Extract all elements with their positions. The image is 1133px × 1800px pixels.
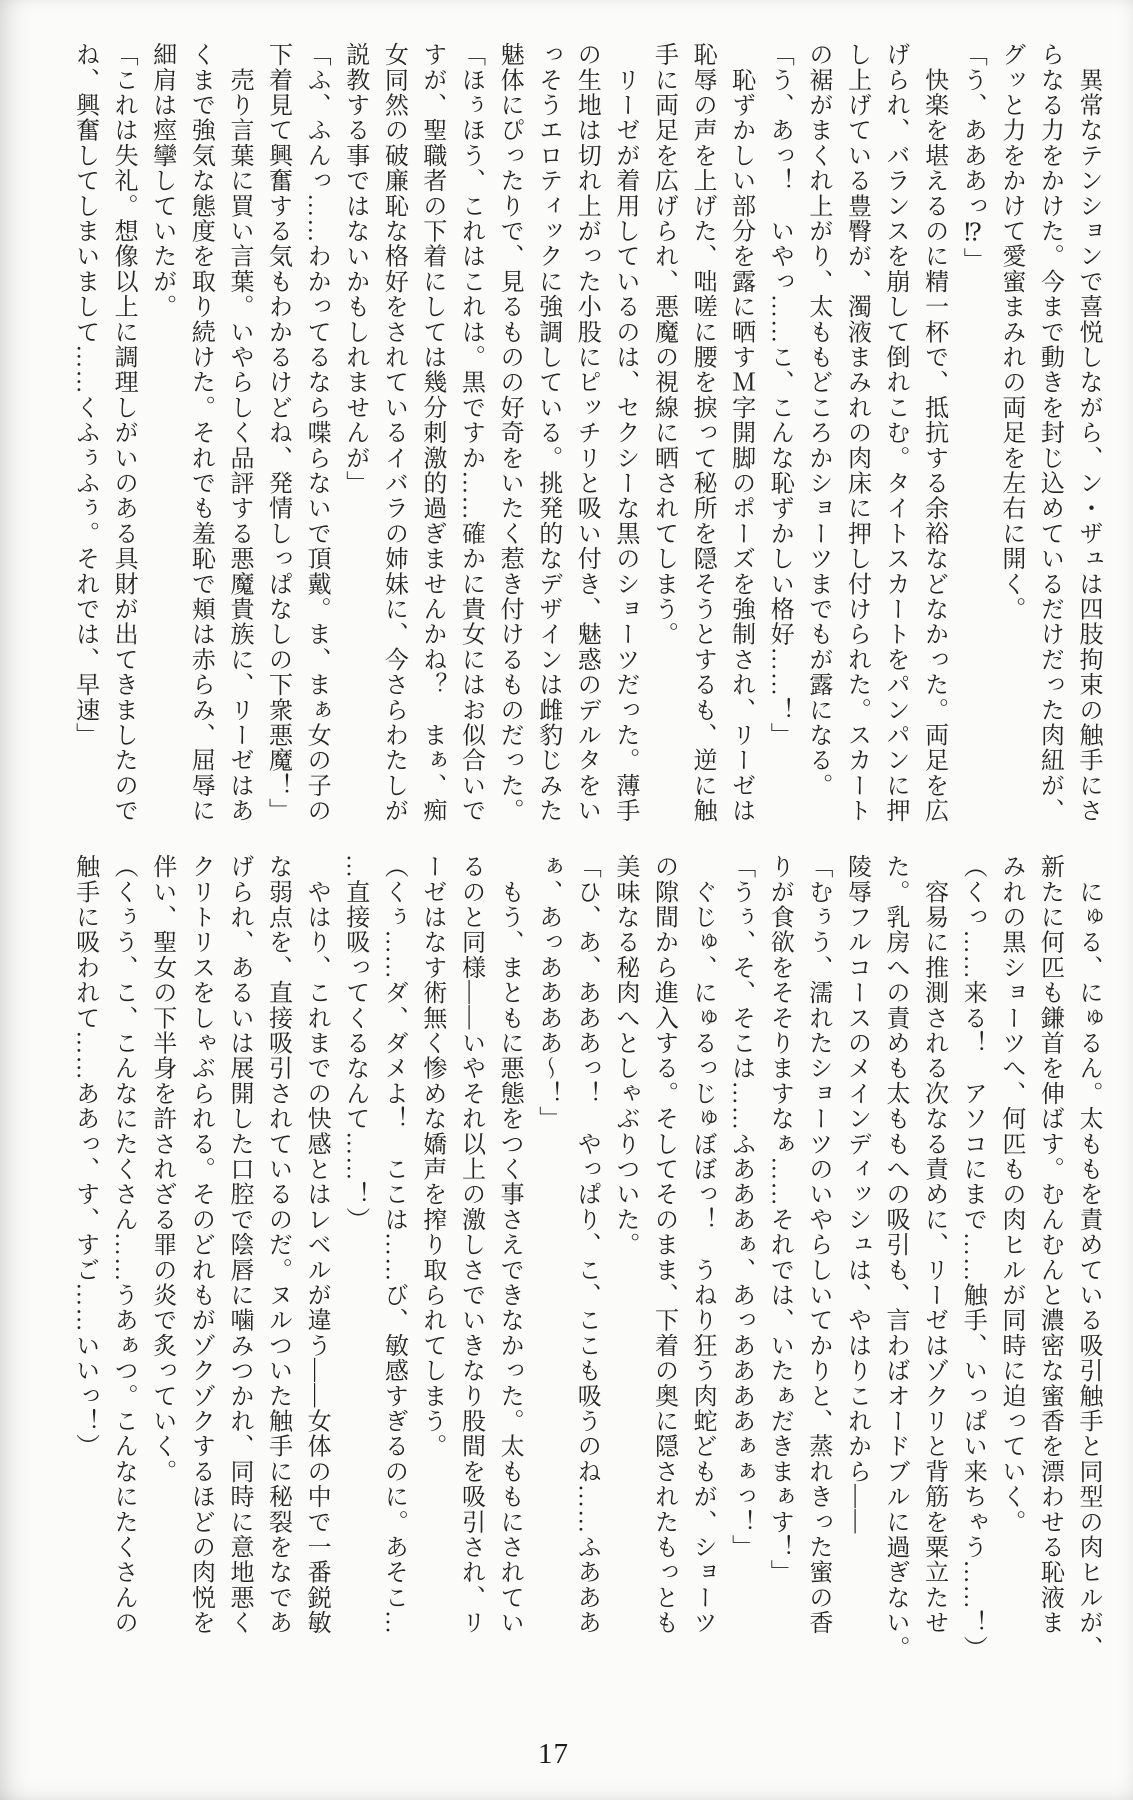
text-column: 「ほぅほう、これはこれは。黒ですか……確かに貴女にはお似合いで [451, 42, 490, 842]
text-column: クリトリスをしゃぶられる。そのどれもがゾクゾクするほどの肉悦を [181, 854, 220, 1676]
text-column: 「う、あっ！ いやっ……こ、こんな恥ずかしい格好……！」 [760, 42, 799, 842]
text-column: ーゼはなす術無く惨めな嬌声を搾り取られてしまう。 [412, 854, 451, 1676]
text-column: グッと力をかけて愛蜜まみれの両足を左右に開く。 [991, 42, 1030, 842]
text-column: 売り言葉に買い言葉。いやらしく品評する悪魔貴族に、リーゼはあ [219, 42, 258, 842]
text-column: 「これは失礼。想像以上に調理しがいのある具財が出てきましたので [104, 42, 143, 842]
text-column: 快楽を堪えるのに精一杯で、抵抗する余裕などなかった。両足を広 [914, 42, 953, 842]
text-column: 説教する事ではないかもしれませんが」 [335, 42, 374, 842]
text-column: るのと同様――いやそれ以上の激しさでいきなり股間を吸引され、リ [451, 854, 490, 1676]
text-column: ね、興奮してしまいまして……くふぅふぅ。それでは、早速」 [65, 42, 104, 842]
text-column: にゅる、にゅるん。太ももを責めている吸引触手と同型の肉ヒルが、 [1068, 854, 1107, 1676]
text-column: 下着見て興奮する気もわかるけどね、発情しっぱなしの下衆悪魔！」 [258, 42, 297, 842]
text-column: …直接吸ってくるなんて……！） [335, 854, 374, 1676]
text-column: の生地は切れ上がった小股にピッチリと吸い付き、魅惑のデルタをい [567, 42, 606, 842]
text-column: 女同然の破廉恥な格好をされているイバラの姉妹に、今さらわたしが [374, 42, 413, 842]
text-column: やはり、これまでの快感とはレベルが違う――女体の中で一番鋭敏 [297, 854, 336, 1676]
text-column: 手に両足を広げられ、悪魔の視線に晒されてしまう。 [644, 42, 683, 842]
text-column: もう、まともに悪態をつく事さえできなかった。太ももにされてい [490, 854, 529, 1676]
text-column: 恥ずかしい部分を露に晒すＭ字開脚のポーズを強制され、リーゼは [721, 42, 760, 842]
scanned-page: 異常なテンションで喜悦しながら、ン・ザュは四肢拘束の触手にさらなる力をかけた。今… [0, 0, 1133, 1800]
text-column: 美味なる秘肉へとしゃぶりついた。 [605, 854, 644, 1676]
text-column: 恥辱の声を上げた、咄嗟に腰を捩って秘所を隠そうとするも、逆に触 [682, 42, 721, 842]
text-column: リーゼが着用しているのは、セクシーな黒のショーツだった。薄手 [605, 42, 644, 842]
text-column: の裾がまくれ上がり、太ももどころかショーツまでもが露になる。 [798, 42, 837, 842]
text-column: 容易に推測される次なる責めに、リーゼはゾクリと背筋を粟立たせ [914, 854, 953, 1676]
text-column: た。乳房への責めも太ももへの吸引も、言わばオードブルに過ぎない。 [875, 854, 914, 1676]
page-number: 17 [538, 1738, 569, 1771]
text-column: げられ、バランスを崩して倒れこむ。タイトスカートをパンパンに押 [875, 42, 914, 842]
text-column: 細肩は痙攣していたが。 [142, 42, 181, 842]
text-column: みれの黒ショーツへ、何匹もの肉ヒルが同時に迫っていく。 [991, 854, 1030, 1676]
text-column: すが、聖職者の下着にしては幾分刺激的過ぎませんかね？ まぁ、痴 [412, 42, 451, 842]
text-column: （くぅう、こ、こんなにたくさん……うあぁつ。こんなにたくさんの [104, 854, 143, 1676]
text-block-bottom: にゅる、にゅるん。太ももを責めている吸引触手と同型の肉ヒルが、新たに何匹も鎌首を… [65, 854, 1107, 1676]
text-column: 触手に吸われて……ああっ、す、すご……いいっ！） [65, 854, 104, 1676]
text-column: 「ふ、ふんっ……わかってるなら喋らないで頂戴。ま、まぁ女の子の [297, 42, 336, 842]
text-column: ぁ、あっああああ〜！」 [528, 854, 567, 1676]
text-block-top: 異常なテンションで喜悦しながら、ン・ザュは四肢拘束の触手にさらなる力をかけた。今… [65, 42, 1107, 842]
text-column: の隙間から進入する。そしてそのまま、下着の奥に隠されたもっとも [644, 854, 683, 1676]
text-column: な弱点を、直接吸引されているのだ。ヌルついた触手に秘裂をなであ [258, 854, 297, 1676]
text-column: 陵辱フルコースのメインディッシュは、やはりこれから―― [837, 854, 876, 1676]
text-column: 「う、あああっ⁉」 [953, 42, 992, 842]
text-column: 「ひ、あ、あああっ！ やっぱり、こ、ここも吸うのね……ふあああ [567, 854, 606, 1676]
text-column: 「うぅ、そ、そこは……ふあああぁ、あっああああぁぁっ！」 [721, 854, 760, 1676]
text-column: りが食欲をそそりますなぁ……それでは、いたぁだきまぁす！」 [760, 854, 799, 1676]
text-column: 新たに何匹も鎌首を伸ばす。むんむんと濃密な蜜香を漂わせる恥液ま [1030, 854, 1069, 1676]
text-column: らなる力をかけた。今まで動きを封じ込めているだけだった肉紐が、 [1030, 42, 1069, 842]
text-column: っそうエロティックに強調している。挑発的なデザインは雌豹じみた [528, 42, 567, 842]
text-column: 「むぅう、濡れたショーツのいやらしいてかりと、蒸れきった蜜の香 [798, 854, 837, 1676]
text-column: （くっ……来る！ アソコにまで……触手、いっぱい来ちゃう……！） [953, 854, 992, 1676]
text-column: （くぅ……ダ、ダメよ！ ここは……び、敏感すぎるのに。あそこ… [374, 854, 413, 1676]
text-column: げられ、あるいは展開した口腔で陰唇に噛みつかれ、同時に意地悪く [219, 854, 258, 1676]
text-column: し上げている豊臀が、濁液まみれの肉床に押し付けられた。スカート [837, 42, 876, 842]
text-column: 伴い、聖女の下半身を許されざる罪の炎で炙っていく。 [142, 854, 181, 1676]
text-column: ぐじゅ、にゅるっじゅぼぼっ！ うねり狂う肉蛇どもが、ショーツ [682, 854, 721, 1676]
text-column: くまで強気な態度を取り続けた。それでも羞恥で頬は赤らみ、屈辱に [181, 42, 220, 842]
text-column: 魅体にぴったりで、見るものの好奇をいたく惹き付けるものだった。 [490, 42, 529, 842]
text-column: 異常なテンションで喜悦しながら、ン・ザュは四肢拘束の触手にさ [1068, 42, 1107, 842]
